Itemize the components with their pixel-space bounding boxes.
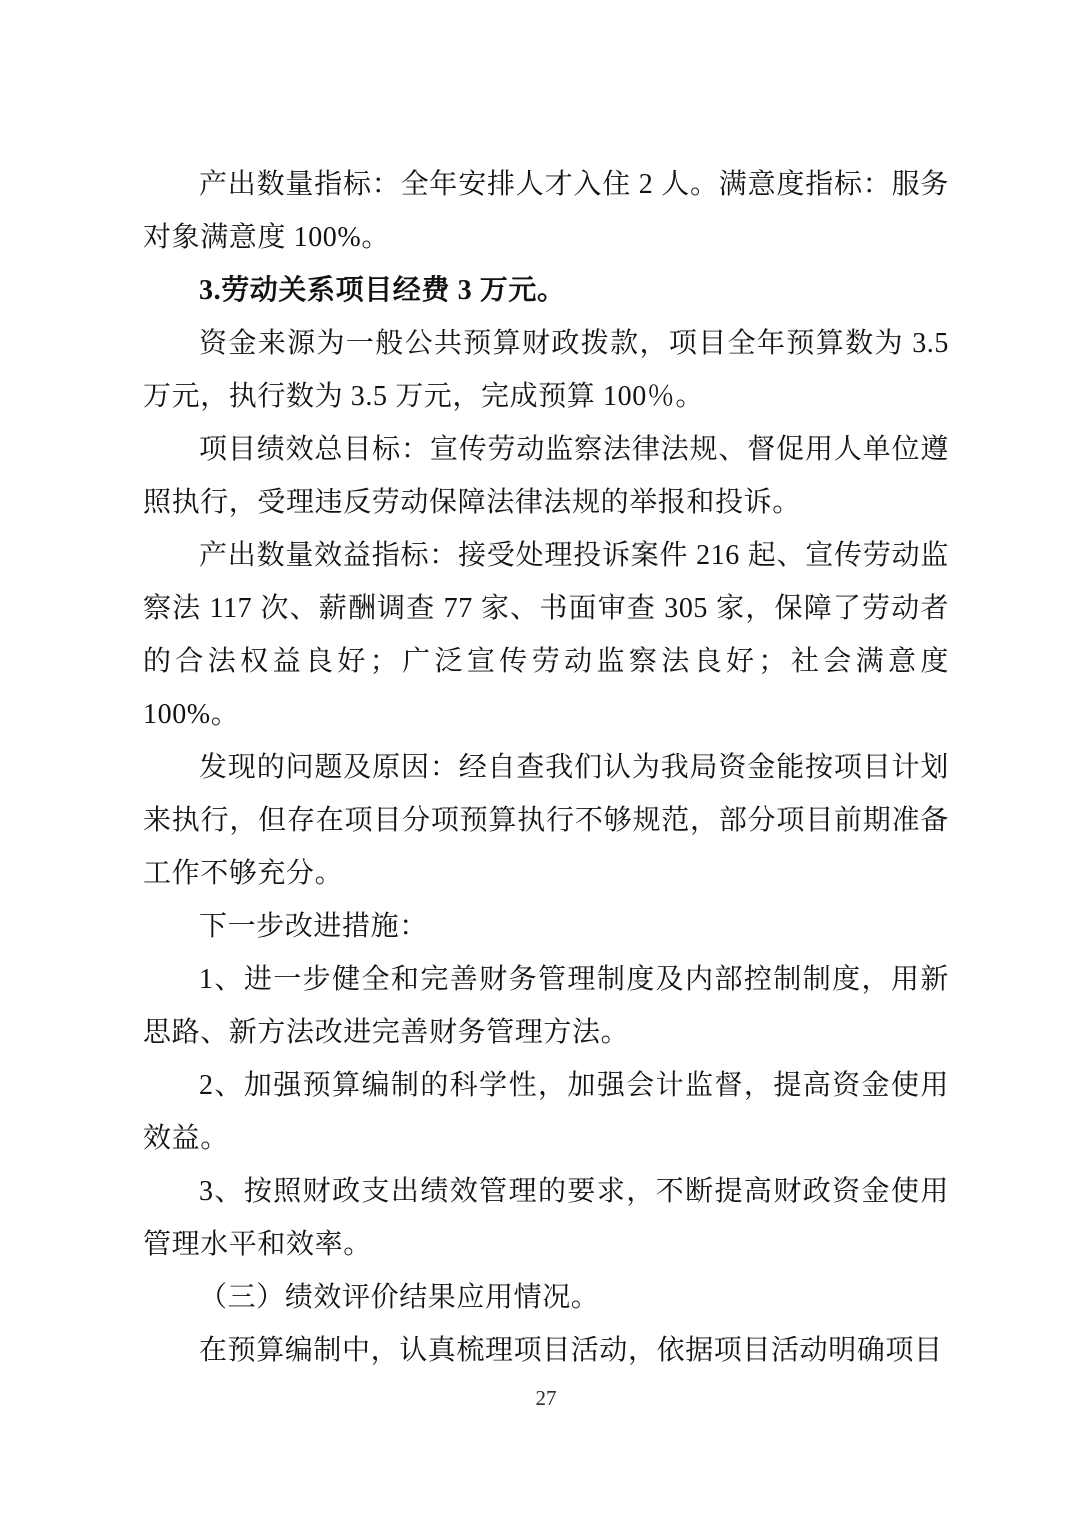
paragraph: 在预算编制中，认真梳理项目活动，依据项目活动明确项目 [143, 1324, 949, 1377]
document-page: 产出数量指标：全年安排人才入住 2 人。满意度指标：服务对象满意度 100%。 … [0, 0, 1074, 1520]
paragraph: （三）绩效评价结果应用情况。 [143, 1271, 949, 1324]
paragraph: 项目绩效总目标：宣传劳动监察法律法规、督促用人单位遵照执行，受理违反劳动保障法律… [143, 423, 949, 529]
section-heading: 3.劳动关系项目经费 3 万元。 [143, 264, 949, 317]
paragraph: 3、按照财政支出绩效管理的要求，不断提高财政资金使用管理水平和效率。 [143, 1165, 949, 1271]
paragraph: 资金来源为一般公共预算财政拨款，项目全年预算数为 3.5 万元，执行数为 3.5… [143, 317, 949, 423]
paragraph: 发现的问题及原因：经自查我们认为我局资金能按项目计划来执行，但存在项目分项预算执… [143, 741, 949, 900]
paragraph: 产出数量效益指标：接受处理投诉案件 216 起、宣传劳动监察法 117 次、薪酬… [143, 529, 949, 741]
paragraph: 2、加强预算编制的科学性，加强会计监督，提高资金使用效益。 [143, 1059, 949, 1165]
document-body: 产出数量指标：全年安排人才入住 2 人。满意度指标：服务对象满意度 100%。 … [143, 158, 949, 1377]
paragraph: 下一步改进措施： [143, 900, 949, 953]
paragraph: 1、进一步健全和完善财务管理制度及内部控制制度，用新思路、新方法改进完善财务管理… [143, 953, 949, 1059]
paragraph: 产出数量指标：全年安排人才入住 2 人。满意度指标：服务对象满意度 100%。 [143, 158, 949, 264]
page-number: 27 [143, 1386, 949, 1411]
